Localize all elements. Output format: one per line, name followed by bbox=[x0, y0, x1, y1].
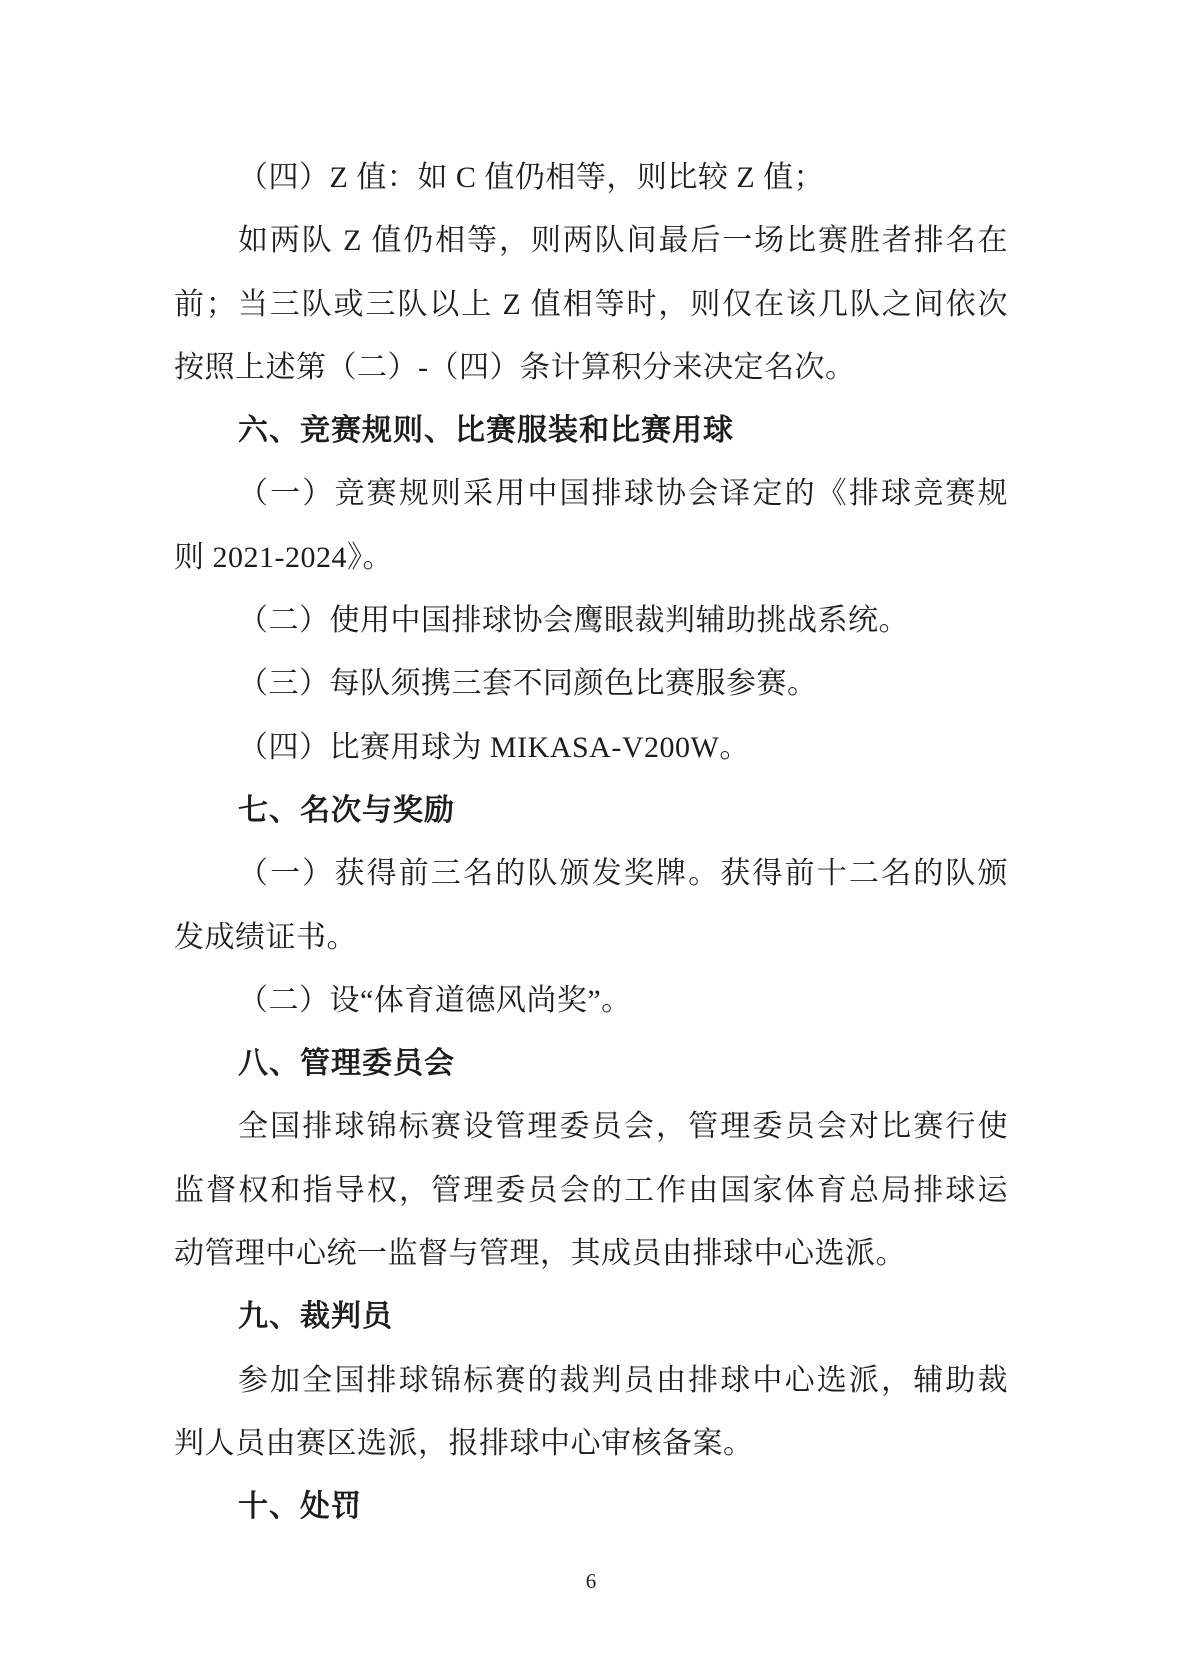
body-line: （一）获得前三名的队颁发奖牌。获得前十二名的队颁 bbox=[174, 842, 1008, 905]
body-line: 前；当三队或三队以上 Z 值相等时，则仅在该几队之间依次 bbox=[174, 273, 1008, 336]
body-line: （三）每队须携三套不同颜色比赛服参赛。 bbox=[174, 652, 1008, 715]
section-heading: 七、名次与奖励 bbox=[174, 779, 1008, 842]
document-text-block: （四）Z 值：如 C 值仍相等，则比较 Z 值； 如两队 Z 值仍相等，则两队间… bbox=[174, 146, 1008, 1539]
section-heading: 六、竞赛规则、比赛服装和比赛用球 bbox=[174, 399, 1008, 462]
section-heading: 八、管理委员会 bbox=[174, 1032, 1008, 1095]
body-line: （四）Z 值：如 C 值仍相等，则比较 Z 值； bbox=[174, 146, 1008, 209]
body-line: 则 2021-2024》。 bbox=[174, 526, 1008, 589]
body-line: 判人员由赛区选派，报排球中心审核备案。 bbox=[174, 1412, 1008, 1475]
body-line: （四）比赛用球为 MIKASA-V200W。 bbox=[174, 716, 1008, 779]
body-line: （一）竞赛规则采用中国排球协会译定的《排球竞赛规 bbox=[174, 462, 1008, 525]
section-heading: 十、处罚 bbox=[174, 1475, 1008, 1538]
body-line: （二）使用中国排球协会鹰眼裁判辅助挑战系统。 bbox=[174, 589, 1008, 652]
body-line: 如两队 Z 值仍相等，则两队间最后一场比赛胜者排名在 bbox=[174, 209, 1008, 272]
document-page: （四）Z 值：如 C 值仍相等，则比较 Z 值； 如两队 Z 值仍相等，则两队间… bbox=[0, 0, 1200, 1679]
section-heading: 九、裁判员 bbox=[174, 1285, 1008, 1348]
page-number: 6 bbox=[174, 1566, 1008, 1596]
body-line: 动管理中心统一监督与管理，其成员由排球中心选派。 bbox=[174, 1222, 1008, 1285]
body-line: 发成绩证书。 bbox=[174, 906, 1008, 969]
body-line: 按照上述第（二）-（四）条计算积分来决定名次。 bbox=[174, 336, 1008, 399]
body-line: 监督权和指导权，管理委员会的工作由国家体育总局排球运 bbox=[174, 1159, 1008, 1222]
body-line: 全国排球锦标赛设管理委员会，管理委员会对比赛行使 bbox=[174, 1095, 1008, 1158]
body-line: （二）设“体育道德风尚奖”。 bbox=[174, 969, 1008, 1032]
body-line: 参加全国排球锦标赛的裁判员由排球中心选派，辅助裁 bbox=[174, 1349, 1008, 1412]
